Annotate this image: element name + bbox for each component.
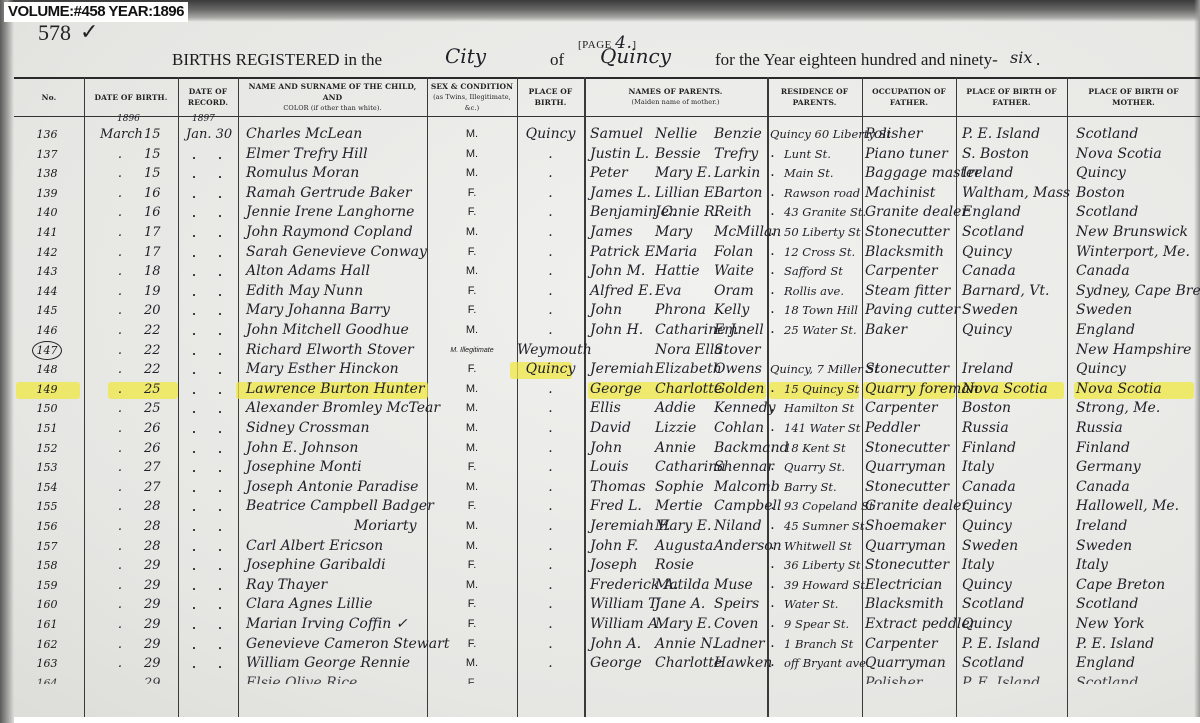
father-name: David <box>590 419 655 438</box>
place-of-birth: . <box>517 243 584 262</box>
mother-maiden-name: Oram <box>714 282 769 301</box>
sex-condition: F. <box>427 243 517 262</box>
father-name: George <box>590 654 655 673</box>
mother-birthplace: Nova Scotia <box>1076 145 1200 164</box>
father-name: Samuel <box>590 125 655 144</box>
father-birthplace: Nova Scotia <box>962 380 1067 399</box>
mother-birthplace: Scotland <box>1076 203 1200 222</box>
table-row: 153.27..Josephine MontiF..LouisCatharina… <box>14 458 1200 477</box>
birth-day: 22 <box>144 321 174 340</box>
entry-number: 143 <box>14 262 80 281</box>
column-header-mother-birthplace: PLACE OF BIRTH OFMOTHER. <box>1067 79 1200 115</box>
table-row: 164.29..Elsie Olive RiceF..PolisherP. E.… <box>14 674 1200 684</box>
entry-number: 137 <box>14 145 80 164</box>
sex-condition: M. <box>427 478 517 497</box>
birth-month: . <box>100 301 140 320</box>
father-name: Patrick E. <box>590 243 655 262</box>
mother-birthplace: Quincy <box>1076 164 1200 183</box>
father-name: Louis <box>590 458 655 477</box>
birth-month: . <box>100 184 140 203</box>
record-ditto: . <box>210 419 230 438</box>
table-row: 146.22..John Mitchell GoodhueM..John H.C… <box>14 321 1200 340</box>
record-ditto: . <box>184 478 204 497</box>
father-birthplace <box>962 341 1067 360</box>
record-ditto: . <box>210 262 230 281</box>
birth-day: 26 <box>144 439 174 458</box>
table-row: 139.16..Ramah Gertrude BakerF..James L.L… <box>14 184 1200 203</box>
mother-maiden-name: Niland <box>714 517 769 536</box>
record-ditto: . <box>184 262 204 281</box>
mother-birthplace: Boston <box>1076 184 1200 203</box>
mother-birthplace: Russia <box>1076 419 1200 438</box>
table-row: 142.17..Sarah Genevieve ConwayF..Patrick… <box>14 243 1200 262</box>
mother-maiden-name: Campbell <box>714 497 769 516</box>
mother-name: Nora Ella <box>655 341 715 360</box>
place-of-birth: . <box>517 321 584 340</box>
page-number: 578 <box>38 20 71 46</box>
father-name <box>590 674 655 684</box>
place-of-birth: . <box>517 419 584 438</box>
birth-day: 28 <box>144 497 174 516</box>
check-mark-icon: ✓ <box>80 20 98 45</box>
father-occupation: Steam fitter <box>865 282 957 301</box>
birth-day: 20 <box>144 301 174 320</box>
father-birthplace: Scotland <box>962 595 1067 614</box>
birth-day: 15 <box>144 125 174 144</box>
place-of-birth: . <box>517 184 584 203</box>
record-ditto: . <box>210 341 230 360</box>
parents-residence: Water St. <box>784 595 874 614</box>
scan-bottom-edge <box>14 717 1200 723</box>
parents-residence: Whitwell St <box>784 537 874 556</box>
father-occupation: Polisher <box>865 674 957 684</box>
entry-number: 148 <box>14 360 80 379</box>
mother-name: Mary <box>655 223 715 242</box>
record-ditto: . <box>210 497 230 516</box>
parents-residence: Hamilton St <box>784 399 874 418</box>
place-of-birth: . <box>517 556 584 575</box>
sex-condition: M. <box>427 654 517 673</box>
parents-residence: 12 Cross St. <box>784 243 874 262</box>
record-ditto: . <box>210 654 230 673</box>
residence-ditto: . <box>771 184 781 203</box>
father-occupation <box>865 341 957 360</box>
birth-day: 15 <box>144 164 174 183</box>
table-row: 144.19..Edith May NunnF..Alfred E.EvaOra… <box>14 282 1200 301</box>
column-header-sublabel: FATHER. <box>890 97 928 108</box>
sex-condition: M. <box>427 145 517 164</box>
child-name: John Mitchell Goodhue <box>246 321 431 340</box>
residence-ditto: . <box>771 301 781 320</box>
residence-ditto: . <box>771 595 781 614</box>
father-name: George <box>590 380 655 399</box>
father-birthplace: Sweden <box>962 301 1067 320</box>
birth-day: 27 <box>144 458 174 477</box>
sex-condition: F. <box>427 556 517 575</box>
birth-day: 29 <box>144 556 174 575</box>
residence-ditto: . <box>771 635 781 654</box>
mother-name <box>655 674 715 684</box>
parents-residence: Lunt St. <box>784 145 874 164</box>
sex-condition: F. <box>427 203 517 222</box>
table-row: 154.27..Joseph Antonie ParadiseM..Thomas… <box>14 478 1200 497</box>
father-name: James <box>590 223 655 242</box>
mother-name: Sophie <box>655 478 715 497</box>
mother-maiden-name <box>714 556 769 575</box>
father-birthplace: Quincy <box>962 321 1067 340</box>
birth-month: . <box>100 654 140 673</box>
title-handwritten-type: City <box>445 44 486 68</box>
column-header-date-of-record: DATE OF RECORD. <box>178 79 238 115</box>
father-occupation: Quarryman <box>865 654 957 673</box>
table-row: 148.22..Mary Esther HinckonF.QuincyJerem… <box>14 360 1200 379</box>
parents-residence <box>784 674 874 684</box>
column-header-name: NAME AND SURNAME OF THE CHILD, ANDCOLOR … <box>238 79 427 115</box>
entry-number: 157 <box>14 537 80 556</box>
parents-residence: 25 Water St. <box>784 321 874 340</box>
place-of-birth: . <box>517 595 584 614</box>
table-row: 152.26..John E. JohnsonM..JohnAnnieBackm… <box>14 439 1200 458</box>
father-name: Jeremiah F. <box>590 517 655 536</box>
record-ditto: . <box>184 321 204 340</box>
entry-number: 141 <box>14 223 80 242</box>
father-occupation: Piano tuner <box>865 145 957 164</box>
table-row: 156.28..MoriartyM..Jeremiah F.Mary E.Nil… <box>14 517 1200 536</box>
column-header-label: DATE OF BIRTH. <box>95 92 168 103</box>
column-header-label: RESIDENCE OF <box>781 86 848 97</box>
place-of-birth: . <box>517 223 584 242</box>
mother-birthplace: Scotland <box>1076 125 1200 144</box>
mother-maiden-name: Folan <box>714 243 769 262</box>
column-header-sublabel: COLOR (if other than white). <box>283 103 381 114</box>
place-of-birth: . <box>517 164 584 183</box>
mother-maiden-name: Anderson <box>714 537 769 556</box>
father-birthplace: P. E. Island <box>962 674 1067 684</box>
birth-day: 17 <box>144 243 174 262</box>
record-ditto: . <box>184 223 204 242</box>
column-header-label: OCCUPATION OF <box>872 86 946 97</box>
mother-name: Lillian E. <box>655 184 715 203</box>
column-header-sublabel: FATHER. <box>992 97 1030 108</box>
record-ditto: . <box>184 595 204 614</box>
mother-birthplace: Italy <box>1076 556 1200 575</box>
mother-maiden-name: Kelly <box>714 301 769 320</box>
birth-year-note: 1896 <box>117 114 140 124</box>
birth-month: . <box>100 556 140 575</box>
birth-day: 16 <box>144 203 174 222</box>
parents-residence: 18 Kent St <box>784 439 874 458</box>
child-name: William George Rennie <box>246 654 431 673</box>
record-ditto: . <box>210 635 230 654</box>
parents-residence: 141 Water St <box>784 419 874 438</box>
place-of-birth: . <box>517 458 584 477</box>
entry-number: 146 <box>14 321 80 340</box>
mother-birthplace: Scotland <box>1076 595 1200 614</box>
mother-birthplace: Strong, Me. <box>1076 399 1200 418</box>
father-birthplace: P. E. Island <box>962 635 1067 654</box>
birth-month: . <box>100 419 140 438</box>
table-row: 137.15..Elmer Trefry HillM..Justin L.Bes… <box>14 145 1200 164</box>
father-birthplace: Boston <box>962 399 1067 418</box>
record-ditto: . <box>184 419 204 438</box>
mother-maiden-name: Reith <box>714 203 769 222</box>
residence-ditto: . <box>771 203 781 222</box>
mother-name: Mary E. <box>655 615 715 634</box>
record-ditto: . <box>210 517 230 536</box>
birth-day: 26 <box>144 419 174 438</box>
place-of-birth: . <box>517 615 584 634</box>
sex-condition: F. <box>427 615 517 634</box>
entry-number: 138 <box>14 164 80 183</box>
mother-name: Eva <box>655 282 715 301</box>
mother-name: Mertie <box>655 497 715 516</box>
residence-ditto: . <box>771 439 781 458</box>
mother-birthplace: Canada <box>1076 262 1200 281</box>
mother-name: Bessie <box>655 145 715 164</box>
record-ditto: . <box>210 164 230 183</box>
record-ditto: . <box>184 380 204 399</box>
birth-day: 29 <box>144 654 174 673</box>
mother-maiden-name: Emnell <box>714 321 769 340</box>
mother-maiden-name <box>714 674 769 684</box>
birth-day: 29 <box>144 674 174 684</box>
father-name: John A. <box>590 635 655 654</box>
mother-name: Jennie R. <box>655 203 715 222</box>
birth-month: . <box>100 674 140 684</box>
mother-birthplace: Ireland <box>1076 517 1200 536</box>
birth-day: 15 <box>144 145 174 164</box>
parents-residence: 43 Granite St. <box>784 203 874 222</box>
mother-name: Phrona <box>655 301 715 320</box>
mother-name: Jane A. <box>655 595 715 614</box>
birth-day: 16 <box>144 184 174 203</box>
table-row: 143.18..Alton Adams HallM..John M.Hattie… <box>14 262 1200 281</box>
column-header-parents: NAMES OF PARENTS.(Maiden name of mother.… <box>584 79 767 115</box>
mother-name: Lizzie <box>655 419 715 438</box>
mother-name: Catharine J. <box>655 321 715 340</box>
father-occupation: Quarry foreman <box>865 380 957 399</box>
parents-residence: Quincy 60 Liberty St <box>770 125 860 144</box>
column-header-label: PLACE OF BIRTH OF <box>1088 86 1178 97</box>
father-birthplace: Russia <box>962 419 1067 438</box>
birth-month: . <box>100 615 140 634</box>
parents-residence: 45 Sumner St <box>784 517 874 536</box>
father-occupation: Quarryman <box>865 458 957 477</box>
mother-name: Augusta <box>655 537 715 556</box>
father-name: Ellis <box>590 399 655 418</box>
place-of-birth: . <box>517 282 584 301</box>
birth-day: 19 <box>144 282 174 301</box>
column-header-label: NAMES OF PARENTS. <box>629 86 723 97</box>
page-title: BIRTHS REGISTERED in the City of Quincy … <box>0 50 1200 76</box>
table-row: 138.15..Romulus MoranM..PeterMary E.Lark… <box>14 164 1200 183</box>
record-ditto: . <box>210 145 230 164</box>
record-ditto: . <box>210 203 230 222</box>
place-of-birth: . <box>517 301 584 320</box>
birth-month: . <box>100 497 140 516</box>
mother-name: Addie <box>655 399 715 418</box>
record-ditto: . <box>184 576 204 595</box>
father-occupation: Blacksmith <box>865 243 957 262</box>
parents-residence: off Bryant ave. <box>784 654 874 673</box>
residence-ditto: . <box>771 556 781 575</box>
father-occupation: Stonecutter <box>865 439 957 458</box>
place-of-birth: . <box>517 654 584 673</box>
mother-name: Annie <box>655 439 715 458</box>
child-name: Marian Irving Coffin ✓ <box>246 615 431 634</box>
table-row: 140.16..Jennie Irene LanghorneF..Benjami… <box>14 203 1200 222</box>
sex-condition: M. <box>427 399 517 418</box>
father-name: Benjamin C. <box>590 203 655 222</box>
sex-condition: M. <box>427 125 517 144</box>
table-row: 145.20..Mary Johanna BarryF..JohnPhronaK… <box>14 301 1200 320</box>
birth-day: 29 <box>144 576 174 595</box>
father-birthplace: P. E. Island <box>962 125 1067 144</box>
table-row: 150.25..Alexander Bromley McTearM..Ellis… <box>14 399 1200 418</box>
column-header-residence: RESIDENCE OFPARENTS. <box>767 79 862 115</box>
birth-month: . <box>100 478 140 497</box>
father-name: James L. <box>590 184 655 203</box>
record-ditto: . <box>210 458 230 477</box>
title-end: . <box>1036 50 1040 70</box>
column-header-sublabel: (Maiden name of mother.) <box>631 97 719 108</box>
table-row: 151.26..Sidney CrossmanM..DavidLizzieCoh… <box>14 419 1200 438</box>
parents-residence: 50 Liberty St <box>784 223 874 242</box>
entry-number: 162 <box>14 635 80 654</box>
father-occupation: Baker <box>865 321 957 340</box>
father-occupation: Stonecutter <box>865 223 957 242</box>
father-birthplace: Quincy <box>962 517 1067 536</box>
father-occupation: Stonecutter <box>865 360 957 379</box>
record-ditto: . <box>184 282 204 301</box>
father-name: John F. <box>590 537 655 556</box>
birth-month: . <box>100 360 140 379</box>
father-birthplace: Canada <box>962 262 1067 281</box>
father-occupation: Machinist <box>865 184 957 203</box>
table-row: 155.28..Beatrice Campbell BadgerF..Fred … <box>14 497 1200 516</box>
record-ditto: . <box>210 301 230 320</box>
birth-day: 25 <box>144 380 174 399</box>
entry-number: 149 <box>14 380 80 399</box>
mother-name: Maria <box>655 243 715 262</box>
record-ditto: . <box>210 380 230 399</box>
mother-maiden-name: Barton <box>714 184 769 203</box>
mother-name: Charlotte <box>655 654 715 673</box>
column-header-place-of-birth: PLACE OF BIRTH. <box>517 79 584 115</box>
child-name: Clara Agnes Lillie <box>246 595 431 614</box>
mother-maiden-name: Golden <box>714 380 769 399</box>
title-part-1: BIRTHS REGISTERED in the <box>172 50 382 70</box>
father-occupation: Carpenter <box>865 399 957 418</box>
residence-ditto: . <box>771 497 781 516</box>
column-header-label: NAME AND SURNAME OF THE CHILD, AND <box>238 81 427 103</box>
child-name: Alton Adams Hall <box>246 262 431 281</box>
child-name: Ray Thayer <box>246 576 431 595</box>
father-birthplace: Ireland <box>962 164 1067 183</box>
mother-birthplace: Sydney, Cape Breton <box>1076 282 1200 301</box>
father-occupation: Blacksmith <box>865 595 957 614</box>
birth-month: March <box>100 125 140 144</box>
residence-ditto: . <box>771 517 781 536</box>
birth-day: 17 <box>144 223 174 242</box>
sex-condition: M. <box>427 223 517 242</box>
father-occupation: Carpenter <box>865 262 957 281</box>
child-name: Elmer Trefry Hill <box>246 145 431 164</box>
child-name: Josephine Garibaldi <box>246 556 431 575</box>
father-occupation: Electrician <box>865 576 957 595</box>
column-header-no: No. <box>14 79 84 115</box>
table-row: 141.17..John Raymond CoplandM..JamesMary… <box>14 223 1200 242</box>
mother-birthplace: Scotland <box>1076 674 1200 684</box>
birth-month: . <box>100 223 140 242</box>
mother-name: Mary E. <box>655 517 715 536</box>
residence-ditto: . <box>771 262 781 281</box>
father-birthplace: Italy <box>962 556 1067 575</box>
residence-ditto: . <box>771 399 781 418</box>
record-ditto: . <box>184 184 204 203</box>
child-name: Carl Albert Ericson <box>246 537 431 556</box>
father-name: Peter <box>590 164 655 183</box>
column-header-sublabel: PARENTS. <box>793 97 837 108</box>
father-name: Jeremiah <box>590 360 655 379</box>
birth-month: . <box>100 203 140 222</box>
birth-month: . <box>100 341 140 360</box>
title-part-3: for the Year eighteen hundred and ninety… <box>715 50 998 70</box>
title-part-2: of <box>550 50 564 70</box>
entry-number: 140 <box>14 203 80 222</box>
mother-maiden-name: Muse <box>714 576 769 595</box>
record-ditto: . <box>184 497 204 516</box>
child-name: John Raymond Copland <box>246 223 431 242</box>
residence-ditto: . <box>771 576 781 595</box>
place-of-birth: Quincy <box>517 125 584 144</box>
residence-ditto: . <box>771 419 781 438</box>
record-ditto: . <box>210 321 230 340</box>
mother-maiden-name: Coven <box>714 615 769 634</box>
birth-day: 29 <box>144 615 174 634</box>
parents-residence: Barry St. <box>784 478 874 497</box>
record-ditto: . <box>210 615 230 634</box>
column-header-occupation: OCCUPATION OFFATHER. <box>862 79 956 115</box>
residence-ditto: . <box>771 654 781 673</box>
mother-birthplace: Winterport, Me. <box>1076 243 1200 262</box>
mother-maiden-name: Stover <box>714 341 769 360</box>
child-name: Mary Esther Hinckon <box>246 360 431 379</box>
record-ditto: . <box>210 478 230 497</box>
child-name: Josephine Monti <box>246 458 431 477</box>
record-ditto: . <box>184 537 204 556</box>
volume-label: VOLUME:#458 YEAR:1896 <box>4 2 188 22</box>
mother-birthplace: Canada <box>1076 478 1200 497</box>
sex-condition: F. <box>427 635 517 654</box>
column-header-label: DATE OF RECORD. <box>178 86 238 108</box>
birth-month: . <box>100 576 140 595</box>
sex-condition: M. <box>427 439 517 458</box>
entry-number: 161 <box>14 615 80 634</box>
mother-name: Annie N. <box>655 635 715 654</box>
child-name: Jennie Irene Langhorne <box>246 203 431 222</box>
parents-residence: Rawson road <box>784 184 874 203</box>
birth-month: . <box>100 262 140 281</box>
child-name: Romulus Moran <box>246 164 431 183</box>
parents-residence: 15 Quincy St <box>784 380 874 399</box>
father-name: Justin L. <box>590 145 655 164</box>
residence-ditto: . <box>771 321 781 340</box>
place-of-birth: . <box>517 576 584 595</box>
record-ditto: . <box>184 243 204 262</box>
table-row: 147.22..Richard Elworth StoverM. Illegit… <box>14 341 1200 360</box>
child-name: Charles McLean <box>246 125 431 144</box>
